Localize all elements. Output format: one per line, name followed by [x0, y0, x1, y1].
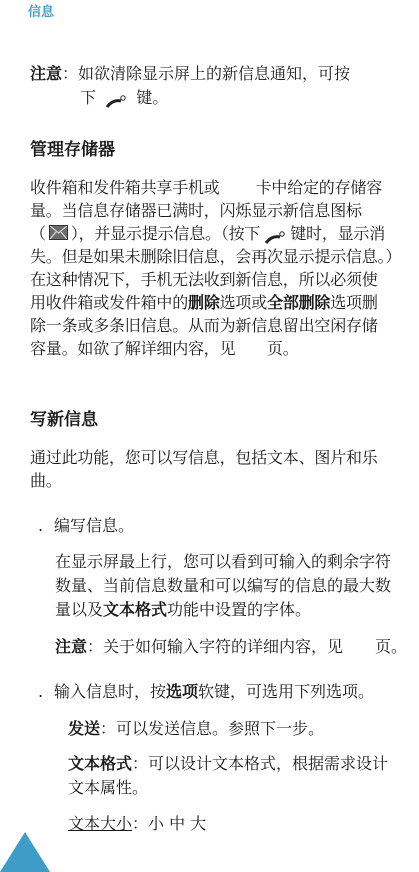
note-text-post: 键。	[136, 88, 168, 107]
page-triangle-icon	[0, 832, 50, 872]
step-1-note: 注意：关于如何输入字符的详细内容，见 页。	[55, 635, 410, 659]
body-line: 量。当信息存储器已满时，闪烁显示新信息图标	[30, 199, 405, 222]
intro-line: 通过此功能，您可以写信息，包括文本、图片和乐	[30, 446, 405, 469]
write-new-title: 写新信息	[30, 405, 98, 430]
desc-line: 数量、当前信息数量和可以编写的信息的最大数	[55, 574, 410, 598]
body-line: 失。但是如果未删除旧信息，会再次显示提示信息。）	[30, 245, 405, 268]
option-label: 文本格式	[68, 754, 132, 773]
manage-storage-title: 管理存储器	[30, 135, 115, 160]
delete-all-option: 全部删除	[267, 293, 330, 312]
note-top: 注意：如欲清除显示屏上的新信息通知，可按 下 键。	[30, 62, 400, 110]
option-text-format: 文本格式：可以设计文本格式，根据需求设计 文本属性。	[68, 752, 408, 800]
body-line: 容量。如欲了解详细内容，见 页。	[30, 337, 405, 360]
step-text: 编写信息。	[54, 516, 134, 535]
body-line: 除一条或多条旧信息。从而为新信息留出空闲存储	[30, 314, 405, 337]
step-bullet: .	[38, 514, 54, 538]
desc-line: 量以及文本格式功能中设置的字体。	[55, 598, 410, 622]
option-label: 文本大小	[68, 814, 132, 833]
note-text-pre: 下	[80, 88, 96, 107]
options-softkey: 选项	[166, 682, 198, 701]
note-text: ：关于如何输入字符的详细内容，见 页。	[87, 637, 407, 656]
note-label: 注意	[30, 64, 62, 83]
note-line2: 下 键。	[30, 86, 400, 110]
section-header: 信息	[28, 1, 54, 20]
text-format-ref: 文本格式	[103, 600, 167, 619]
step-1: .编写信息。	[38, 514, 134, 538]
end-call-key-icon	[105, 92, 127, 106]
option-send: 发送：可以发送信息。参照下一步。	[68, 717, 408, 741]
envelope-icon	[49, 225, 68, 240]
end-call-key-icon	[264, 228, 286, 242]
manage-storage-body: 收件箱和发件箱共享手机或卡中给定的存储容 量。当信息存储器已满时，闪烁显示新信息…	[30, 176, 405, 360]
step-2: .输入信息时，按选项软键，可选用下列选项。	[38, 680, 374, 704]
write-new-intro: 通过此功能，您可以写信息，包括文本、图片和乐 曲。	[30, 446, 405, 492]
option-text-size: 文本大小：小 中 大	[68, 812, 408, 836]
note-label: 注意	[55, 637, 87, 656]
intro-line: 曲。	[30, 469, 405, 492]
note-text: 如欲清除显示屏上的新信息通知，可按	[78, 64, 350, 83]
body-line: 用收件箱或发件箱中的删除选项或全部删除选项删	[30, 291, 405, 314]
option-label: 发送	[68, 719, 100, 738]
body-line: （），并显示提示信息。（按下键时，显示消	[30, 222, 405, 245]
step-bullet: .	[38, 680, 54, 704]
note-colon: ：	[62, 64, 78, 83]
desc-line: 在显示屏最上行，您可以看到可输入的剩余字符	[55, 550, 410, 574]
step-1-desc: 在显示屏最上行，您可以看到可输入的剩余字符 数量、当前信息数量和可以编写的信息的…	[55, 550, 410, 622]
delete-option: 删除	[188, 293, 220, 312]
body-line: 在这种情况下，手机无法收到新信息，所以必须使	[30, 268, 405, 291]
body-line: 收件箱和发件箱共享手机或卡中给定的存储容	[30, 176, 405, 199]
